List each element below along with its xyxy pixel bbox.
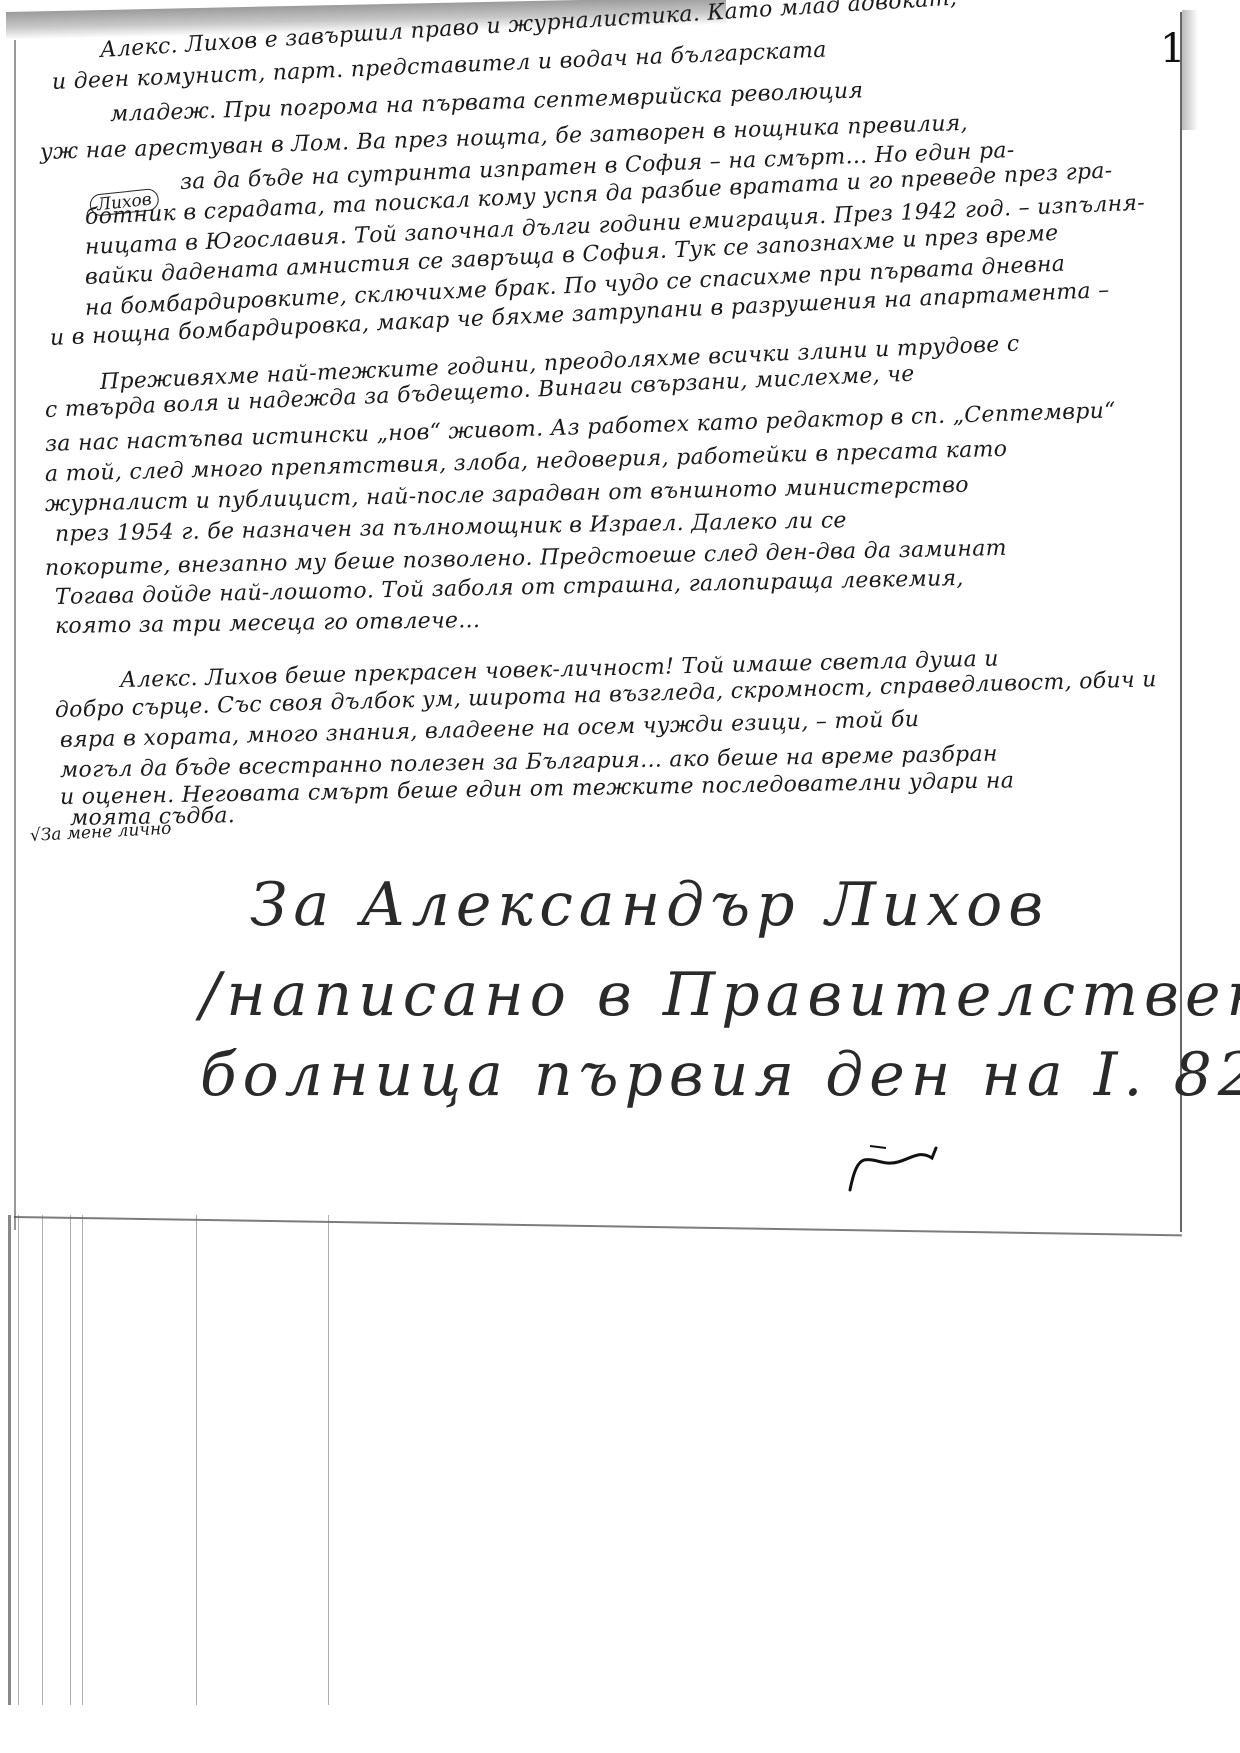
body-line: която за три месеца го отвлече... [55,608,481,639]
caption-line: За Александър Лихов [250,870,1049,940]
scan-streak [70,1215,71,1705]
scan-streak [18,1215,19,1705]
margin-note-personal: √За мене лично [29,819,171,846]
caption-line: /написано в Правителствената [200,960,1240,1030]
scan-streak [8,1215,11,1705]
scan-streak [82,1215,83,1705]
scan-streak [328,1215,329,1705]
scan-streak [196,1215,197,1705]
page-edge-bottom [14,1216,1182,1236]
caption-line: болница първия ден на I. 82 г./ [200,1040,1240,1110]
scan-streak [42,1215,43,1705]
page-number: 1 [1160,26,1185,72]
signature-icon [840,1140,970,1200]
page-edge-left [14,40,16,1230]
